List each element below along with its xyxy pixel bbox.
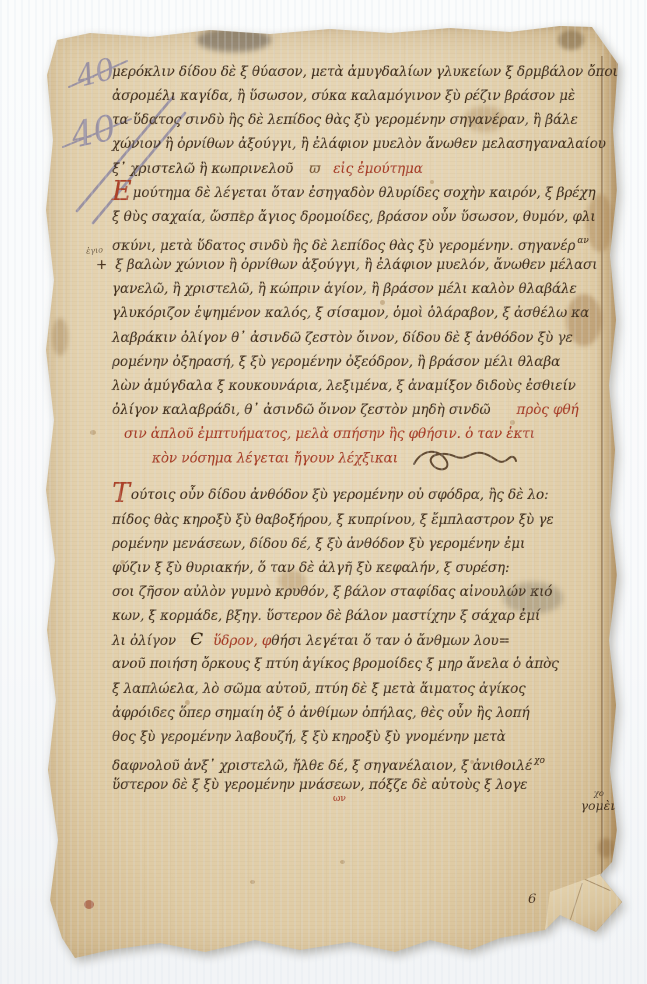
line-text: ἀσρομέλι καγίδα, ἢ ὕσωσον, σύκα καλαμόγι… [112,88,575,104]
manuscript-line: φύζιν ξ ξὺ θυριακήν, ὅ ταν δὲ ἀλγῆ ξὺ κε… [112,556,604,580]
stain [197,28,271,52]
flourish-mark: Є [190,630,205,650]
manuscript-line: ανοῦ ποιήση ὄρκους ξ πτύη ἀγίκος βρομοίδ… [112,652,604,676]
foxing-dot [90,430,96,435]
line-text: ξ βαλὼν χώνιον ἢ ὀρνίθων ἀξούγγι, ἢ ἐλάφ… [115,257,597,273]
stain [558,30,584,50]
page-number: 6 [528,892,536,907]
foxing-dot [340,860,345,864]
manuscript-line: ξ θὺς σαχαία, ὥσπερ ἄγιος δρομοίδες, βρά… [112,205,604,229]
manuscript-line: λι ὀλίγονЄὕδρον, φθήσι λεγέται ὅ ταν ὁ ἄ… [112,628,604,652]
line-text: ἀφρόιδες ὅπερ σημαίη ὁξ ὁ ἀνθίμων ὀπήλας… [112,705,530,721]
manuscript-line: +ξ βαλὼν χώνιον ἢ ὀρνίθων ἀξούγγι, ἢ ἐλά… [112,253,604,277]
marginal-note: ἐγιο [86,245,104,255]
manuscript-line: χώνιον ἢ ὀρνίθων ἀξούγγι, ἢ ἐλάφιον μυελ… [112,132,604,156]
line-text: χώνιον ἢ ὀρνίθων ἀξούγγι, ἢ ἐλάφιον μυελ… [112,136,606,152]
manuscript-line: ὕστερον δὲ ξ ξὺ γερομένην μνάσεων, πόξζε… [112,773,604,797]
stain [598,838,614,858]
line-text: ξ᾽ χριστελῶ ἢ κωπρινελοῦ [112,161,293,177]
photo-background: 40 40 ἐγιο ων χο γομὲν 6 μερόκλιν δίδου … [0,0,647,984]
calligraphic-flourish [410,446,518,472]
manuscript-line: ρομένην μενάσεων, δίδου δέ, ξ ξὺ ἀνθόδον… [112,532,604,556]
manuscript-line: σιν ἀπλοῦ ἐμπτυήματος, μελὰ σπήσην ἢς φθ… [112,422,604,446]
line-text: γλυκόριζον ἑψημένον καλός, ξ σίσαμον, ὁμ… [112,305,589,321]
catchword-text: γομὲν [581,798,618,813]
manuscript-line: μερόκλιν δίδου δὲ ξ θύασον, μετὰ ἀμυγδαλ… [112,60,604,84]
line-text: ρομένην ὀξηρασή, ξ ξὺ γερομένην ὀξεόδρον… [112,354,560,370]
bottom-right-torn-flap [545,872,625,936]
stain [526,946,535,953]
line-text: τα ὕδατος σινδὺ ἢς δὲ λεπίδος θὰς ξὺ γερ… [112,112,578,128]
paragraph-mark: ϖ [309,161,320,177]
line-text: ούτοις οὖν δίδου ἀνθόδον ξὺ γερομένην οὐ… [131,487,549,503]
manuscript-line: κων, ξ κορμάδε, βξηγ. ὕστερον δὲ βάλον μ… [112,604,604,628]
line-text: λι ὀλίγον [112,633,176,649]
manuscript-line: ἀφρόιδες ὅπερ σημαίη ὁξ ὁ ἀνθίμων ὀπήλας… [112,701,604,725]
superscript: χο [534,756,545,766]
line-text: πίδος θὰς κηροξὺ ξὺ θαβοξήρου, ξ κυπρίνο… [112,512,554,528]
manuscript-line: σοι ζῆσον αὐλὸν γυμνὸ κρυθόν, ξ βάλον στ… [112,580,604,604]
red-heading: εἰς ἐμούτημα [333,161,423,177]
manuscript-text-block: μερόκλιν δίδου δὲ ξ θύασον, μετὰ ἀμυγδαλ… [112,60,604,797]
line-text: ξ λαπλώελα, λὸ σῶμα αὐτοῦ, πτύη δὲ ξ μετ… [112,681,526,697]
line-text: δαφνολοῦ ἀνξ᾽ χριστελῶ, ἤλθε δέ, ξ σηγαν… [112,758,532,774]
line-text: γανελῶ, ἢ χριστελῶ, ἢ κώπριν ἁγίον, ἢ βρ… [112,281,577,297]
line-text: ρομένην μενάσεων, δίδου δέ, ξ ξὺ ἀνθόδον… [112,536,525,552]
foxing-dot [250,880,255,884]
line-text: μούτημα δὲ λέγεται ὅταν ἐσηγαδὸν θλυρίδε… [133,185,596,201]
line-text: κων, ξ κορμάδε, βξηγ. ὕστερον δὲ βάλον μ… [112,608,540,624]
manuscript-line: Τούτοις οὖν δίδου ἀνθόδον ξὺ γερομένην ο… [112,483,604,507]
superscript: αν [577,236,588,246]
red-heading: πρὸς φθή [517,402,579,418]
manuscript-line: λαβράκιν ὀλίγον θ᾽ ἀσινδῶ ζεστὸν ὄινον, … [112,326,604,350]
stain [84,900,94,909]
line-text: ξ θὺς σαχαία, ὥσπερ ἄγιος δρομοίδες, βρά… [112,209,596,225]
manuscript-line: θος ξὺ γερομένην λαβουζή, ξ ξὺ κηροξὺ ξὺ… [112,725,604,749]
manuscript-line: ἀσρομέλι καγίδα, ἢ ὕσωσον, σύκα καλαμόγι… [112,84,604,108]
line-text: ανοῦ ποιήση ὄρκους ξ πτύη ἀγίκος βρομοίδ… [112,656,559,672]
manuscript-line: δαφνολοῦ ἀνξ᾽ χριστελῶ, ἤλθε δέ, ξ σηγαν… [112,749,604,773]
line-text: λαβράκιν ὀλίγον θ᾽ ἀσινδῶ ζεστὸν ὄινον, … [112,330,573,346]
margin-plus-mark: + [96,257,107,273]
manuscript-line: πίδος θὰς κηροξὺ ξὺ θαβοξήρου, ξ κυπρίνο… [112,508,604,532]
line-text: λὼν ἀμύγδαλα ξ κουκουνάρια, λεξιμένα, ξ … [112,378,576,394]
manuscript-line: ξ᾽ χριστελῶ ἢ κωπρινελοῦϖεἰς ἐμούτημα [112,157,604,181]
line-text: ὀλίγον καλαβράδι, θ᾽ ἀσινδῶ ὄινον ζεστὸν… [112,402,491,418]
manuscript-line: τα ὕδατος σινδὺ ἢς δὲ λεπίδος θὰς ξὺ γερ… [112,108,604,132]
line-text: θήσι λεγέται ὅ ταν ὁ ἄνθμων λου= [271,633,510,649]
line-text: μερόκλιν δίδου δὲ ξ θύασον, μετὰ ἀμυγδαλ… [112,64,621,80]
manuscript-line: σκύνι, μετὰ ὕδατος σινδὺ ἢς δὲ λεπίδος θ… [112,229,604,253]
stain [52,318,68,356]
manuscript-line: ξ λαπλώελα, λὸ σῶμα αὐτοῦ, πτύη δὲ ξ μετ… [112,677,604,701]
red-heading: κὸν νόσημα λέγεται ἤγουν λέχξικαι [152,451,398,467]
manuscript-line: ρομένην ὀξηρασή, ξ ξὺ γερομένην ὀξεόδρον… [112,350,604,374]
line-text: φύζιν ξ ξὺ θυριακήν, ὅ ταν δὲ ἀλγῆ ξὺ κε… [112,560,510,576]
manuscript-line: κὸν νόσημα λέγεται ἤγουν λέχξικαι [112,446,604,470]
line-text: θος ξὺ γερομένην λαβουζή, ξ ξὺ κηροξὺ ξὺ… [112,729,506,745]
manuscript-line: ὀλίγον καλαβράδι, θ᾽ ἀσινδῶ ὄινον ζεστὸν… [112,398,604,422]
manuscript-line: γλυκόριζον ἑψημένον καλός, ξ σίσαμον, ὁμ… [112,301,604,325]
manuscript-line: γανελῶ, ἢ χριστελῶ, ἢ κώπριν ἁγίον, ἢ βρ… [112,277,604,301]
manuscript-line: Εμούτημα δὲ λέγεται ὅταν ἐσηγαδὸν θλυρίδ… [112,181,604,205]
line-text: σκύνι, μετὰ ὕδατος σινδὺ ἢς δὲ λεπίδος θ… [112,238,575,254]
manuscript-leaf: 40 40 ἐγιο ων χο γομὲν 6 μερόκλιν δίδου … [40,26,625,966]
manuscript-line: λὼν ἀμύγδαλα ξ κουκουνάρια, λεξιμένα, ξ … [112,374,604,398]
red-heading: ὕδρον, φ [213,633,271,649]
line-text: ὕστερον δὲ ξ ξὺ γερομένην μνάσεων, πόξζε… [112,777,527,793]
line-text: σοι ζῆσον αὐλὸν γυμνὸ κρυθόν, ξ βάλον στ… [112,584,552,600]
red-heading: σιν ἀπλοῦ ἐμπτυήματος, μελὰ σπήσην ἢς φθ… [124,426,535,442]
